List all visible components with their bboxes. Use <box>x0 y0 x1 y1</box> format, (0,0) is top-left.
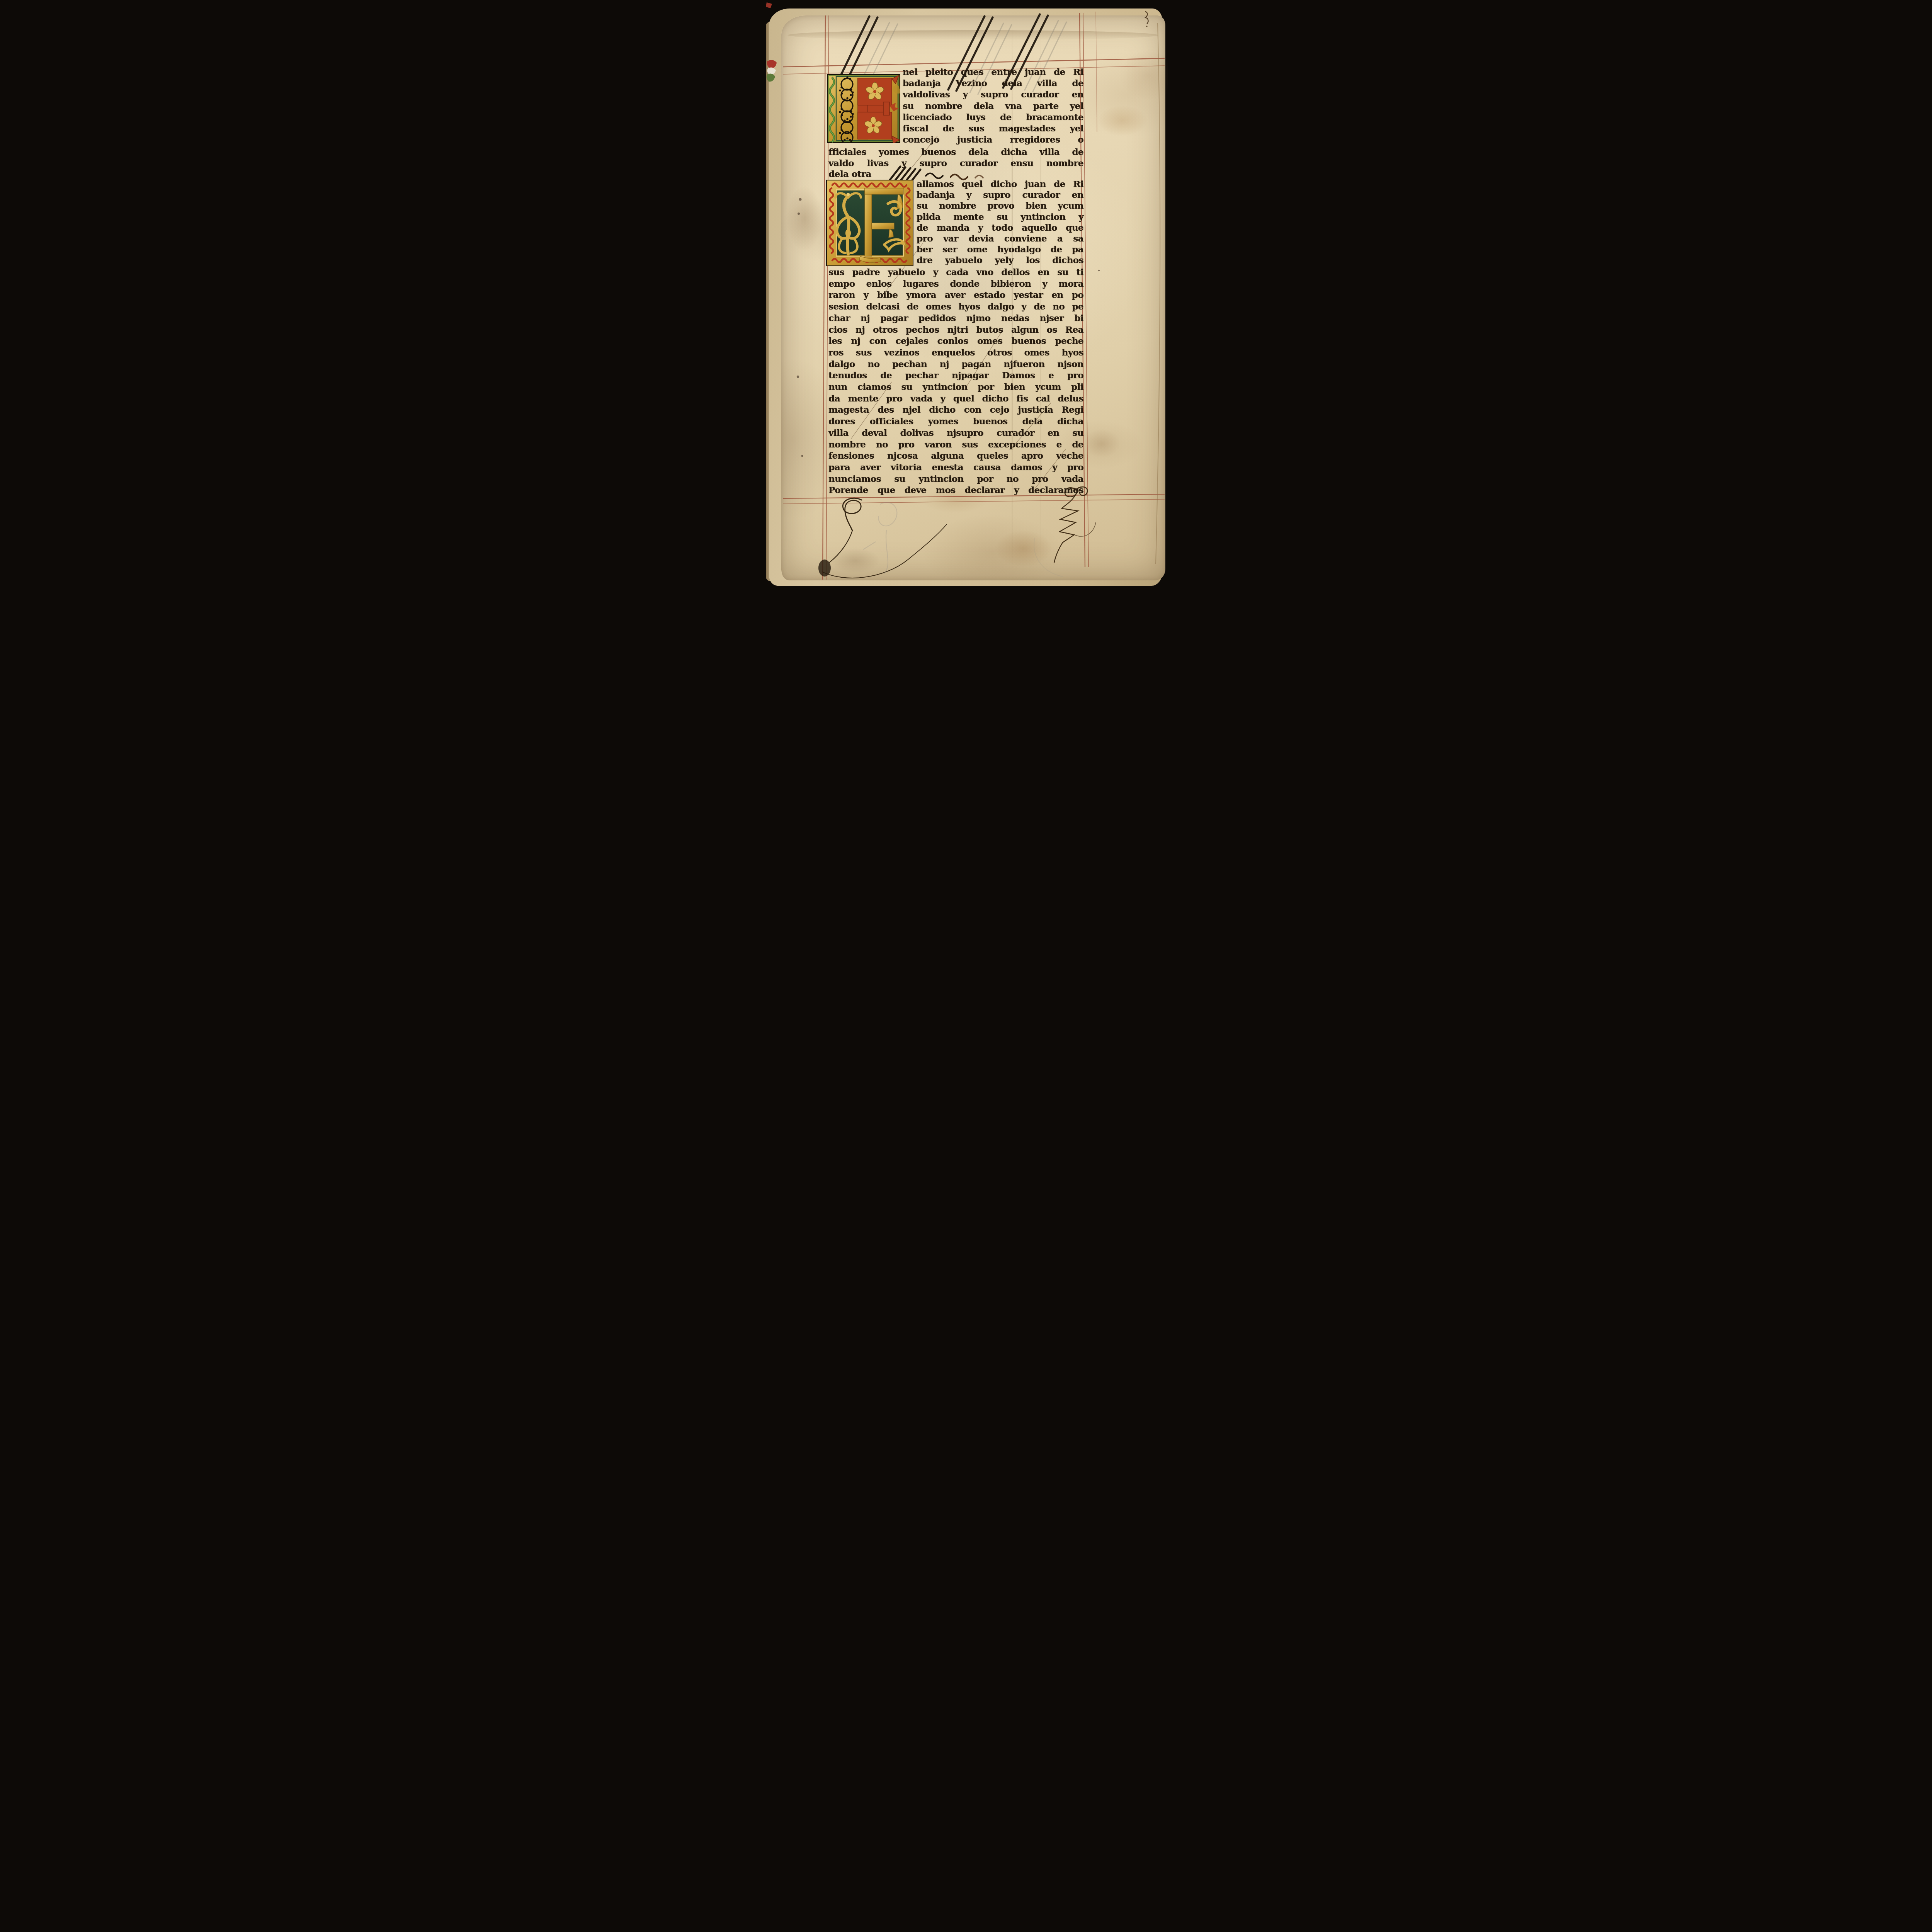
manuscript-text-line: char nj pagar pedidos njmo nedas njser b… <box>828 313 1083 324</box>
manuscript-text-line: ros sus vezinos enquelos otros omes hyos <box>828 347 1083 359</box>
text-block-verdict-indented: allamos quel dicho juan de Ribadanja y s… <box>917 179 1083 266</box>
illuminated-initial-F <box>826 180 913 266</box>
illuminated-initial-E <box>827 74 900 143</box>
manuscript-text-line: empo enlos lugares donde bibieron y mora <box>828 278 1083 290</box>
manuscript-text-line: dores officiales yomes buenos dela dicha <box>828 416 1083 427</box>
manuscript-text-line: nombre no pro varon sus excepciones e de <box>828 439 1083 451</box>
manuscript-text-line: villa deval dolivas njsupro curador en s… <box>828 427 1083 439</box>
manuscript-photo: nel pleito ques entre juan de Ribadanja … <box>764 0 1168 589</box>
manuscript-text-line: valdolivas y supro curador en <box>903 89 1083 100</box>
manuscript-text-line: pro var devia conviene a sa <box>917 233 1083 244</box>
manuscript-text-line: les nj con cejales conlos omes buenos pe… <box>828 335 1083 347</box>
manuscript-text-line: dre yabuelo yely los dichos <box>917 255 1083 266</box>
manuscript-text-line: magesta des njel dicho con cejo justicia… <box>828 404 1083 416</box>
manuscript-text-line: tenudos de pechar njpagar Damos e pro <box>828 370 1083 381</box>
manuscript-text-line: valdo livas y supro curador ensu nombre <box>828 158 1083 169</box>
text-block-opening-indented: nel pleito ques entre juan de Ribadanja … <box>903 66 1083 145</box>
manuscript-text-line: fiscal de sus magestades yel <box>903 123 1083 134</box>
manuscript-text-line: licenciado luys de bracamonte <box>903 112 1083 123</box>
manuscript-text-line: Porende que deve mos declarar y declaram… <box>828 485 1083 496</box>
text-block-verdict-full: sus padre yabuelo y cada vno dellos en s… <box>828 267 1083 496</box>
text-block-opening-full: fficiales yomes buenos dela dicha villa … <box>828 146 1083 169</box>
manuscript-text-line: ber ser ome hyodalgo de pa <box>917 244 1083 255</box>
manuscript-text-line: cios nj otros pechos njtri butos algun o… <box>828 324 1083 336</box>
manuscript-text-line: su nombre dela vna parte yel <box>903 100 1083 112</box>
manuscript-text-line: badanja y supro curador en <box>917 190 1083 201</box>
manuscript-text-line: fficiales yomes buenos dela dicha villa … <box>828 146 1083 158</box>
text-line-dela-otra: dela otra <box>828 169 871 179</box>
manuscript-text-line: nun ciamos su yntincion por bien ycum pl… <box>828 381 1083 393</box>
manuscript-text-line: para aver vitoria enesta causa damos y p… <box>828 462 1083 473</box>
manuscript-text-line: allamos quel dicho juan de Ri <box>917 179 1083 190</box>
manuscript-text-line: de manda y todo aquello que <box>917 223 1083 233</box>
manuscript-text-line: fensiones njcosa alguna queles apro vech… <box>828 450 1083 462</box>
manuscript-text-line: plida mente su yntincion y <box>917 212 1083 223</box>
manuscript-text-line: badanja Vezino dela villa de <box>903 78 1083 89</box>
manuscript-text-line: da mente pro vada y quel dicho fis cal d… <box>828 393 1083 405</box>
manuscript-text-line: concejo justicia rregidores o <box>903 134 1083 145</box>
manuscript-text-line: dalgo no pechan nj pagan njfueron njson <box>828 359 1083 370</box>
manuscript-text-line: nunciamos su yntincion por no pro vada <box>828 473 1083 485</box>
manuscript-text-line: nel pleito ques entre juan de Ri <box>903 66 1083 78</box>
manuscript-text-line: raron y bibe ymora aver estado yestar en… <box>828 289 1083 301</box>
manuscript-text-line: su nombre provo bien ycum <box>917 201 1083 211</box>
manuscript-text-line: sus padre yabuelo y cada vno dellos en s… <box>828 267 1083 278</box>
manuscript-text-line: sesion delcasi de omes hyos dalgo y de n… <box>828 301 1083 313</box>
